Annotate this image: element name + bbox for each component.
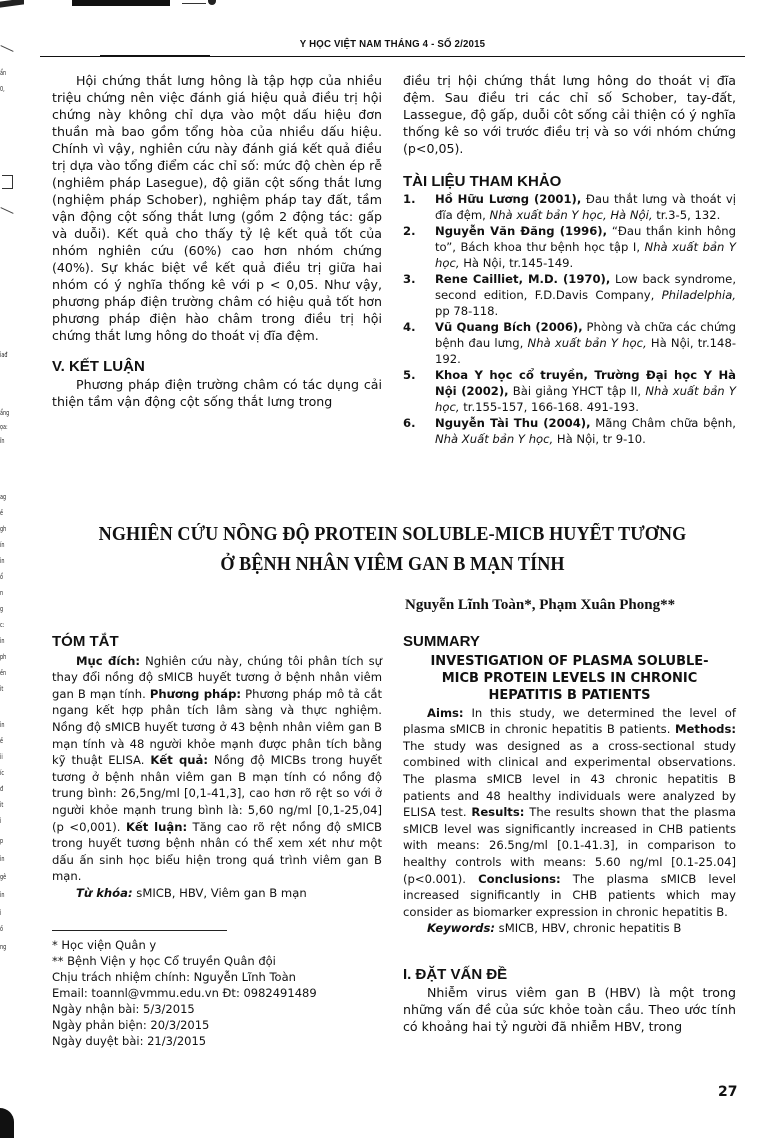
english-title: INVESTIGATION OF PLASMA SOLUBLE-MICB PRO… [413,653,726,704]
page-number: 27 [718,1084,737,1100]
abstract-body: Mục đích: Nghiên cứu này, chúng tôi phân… [52,653,382,885]
footnote-review-date: Ngày phản biện: 20/3/2015 [52,1017,372,1033]
article-authors: Nguyễn Lĩnh Toàn*, Phạm Xuân Phong** [405,597,735,614]
scan-artifact [182,3,206,4]
discussion-paragraph: Hội chứng thắt lưng hông là tập hợp của … [52,72,382,344]
scan-artifact [208,0,216,5]
reference-item: 1.Hồ Hữu Lương (2001), Đau thắt lưng và … [403,191,736,223]
conclusion-heading: V. KẾT LUẬN [52,358,382,375]
abstract-vietnamese: TÓM TẮT Mục đích: Nghiên cứu này, chúng … [52,634,382,902]
running-header: Y HỌC VIỆT NAM THÁNG 4 - SỐ 2/2015 [68,38,717,50]
references-list: 1.Hồ Hữu Lương (2001), Đau thắt lưng và … [403,191,736,447]
reference-item: 3.Rene Cailliet, M.D. (1970), Low back s… [403,271,736,319]
scan-artifact [72,0,170,6]
keywords: Keywords: sMICB, HBV, chronic hepatitis … [403,920,736,937]
footnote-contact: Email: toannl@vmmu.edu.vn Đt: 0982491489 [52,985,372,1001]
footnote-corresponding-author: Chịu trách nhiệm chính: Nguyễn Lĩnh Toàn [52,969,372,985]
introduction-paragraph: Nhiễm virus viêm gan B (HBV) là một tron… [403,984,736,1035]
footnote-affiliation-2: ** Bệnh Viện y học Cổ truyền Quân đội [52,953,372,969]
reference-item: 2.Nguyễn Văn Đăng (1996), “Đau thần kinh… [403,223,736,271]
article-title-line-2: Ở BỆNH NHÂN VIÊM GAN B MẠN TÍNH [65,550,721,580]
previous-page-bleed-margin: ẩn 0, ìađ ẩng ọa: ĩn ag ế gh ín ìn ổ n g… [0,0,22,1138]
prev-article-left-column: Hội chứng thắt lưng hông là tập hợp của … [52,72,382,410]
summary-body: Aims: In this study, we determined the l… [403,705,736,921]
article-title-line-1: NGHIÊN CỨU NỒNG ĐỘ PROTEIN SOLUBLE-MICB … [65,520,721,550]
footnotes: * Học viện Quân y ** Bệnh Viện y học Cổ … [52,937,372,1049]
conclusion-paragraph: Phương pháp điện trường châm có tác dụng… [52,376,382,410]
keywords: Từ khóa: sMICB, HBV, Viêm gan B mạn [52,885,382,902]
footnote-accepted-date: Ngày duyệt bài: 21/3/2015 [52,1033,372,1049]
footnote-received-date: Ngày nhận bài: 5/3/2015 [52,1001,372,1017]
abstract-heading: TÓM TẮT [52,634,382,651]
references-heading: TÀI LIỆU THAM KHẢO [403,173,736,190]
abstract-english: SUMMARY INVESTIGATION OF PLASMA SOLUBLE-… [403,634,736,937]
reference-item: 6.Nguyễn Tài Thu (2004), Mãng Châm chữa … [403,415,736,447]
prev-article-right-column: điều trị hội chứng thắt lưng hông do tho… [403,72,736,447]
conclusion-paragraph-continued: điều trị hội chứng thắt lưng hông do tho… [403,72,736,157]
article-title: NGHIÊN CỨU NỒNG ĐỘ PROTEIN SOLUBLE-MICB … [65,520,721,580]
header-rule [100,55,210,57]
reference-item: 5.Khoa Y học cổ truyền, Trường Đại học Y… [403,367,736,415]
footnote-rule [52,930,227,931]
footnote-affiliation-1: * Học viện Quân y [52,937,372,953]
reference-item: 4.Vũ Quang Bích (2006), Phòng và chữa cá… [403,319,736,367]
introduction-heading: I. ĐẶT VẤN ĐỀ [403,966,736,983]
summary-heading: SUMMARY [403,634,736,651]
introduction-section: I. ĐẶT VẤN ĐỀ Nhiễm virus viêm gan B (HB… [403,966,736,1035]
